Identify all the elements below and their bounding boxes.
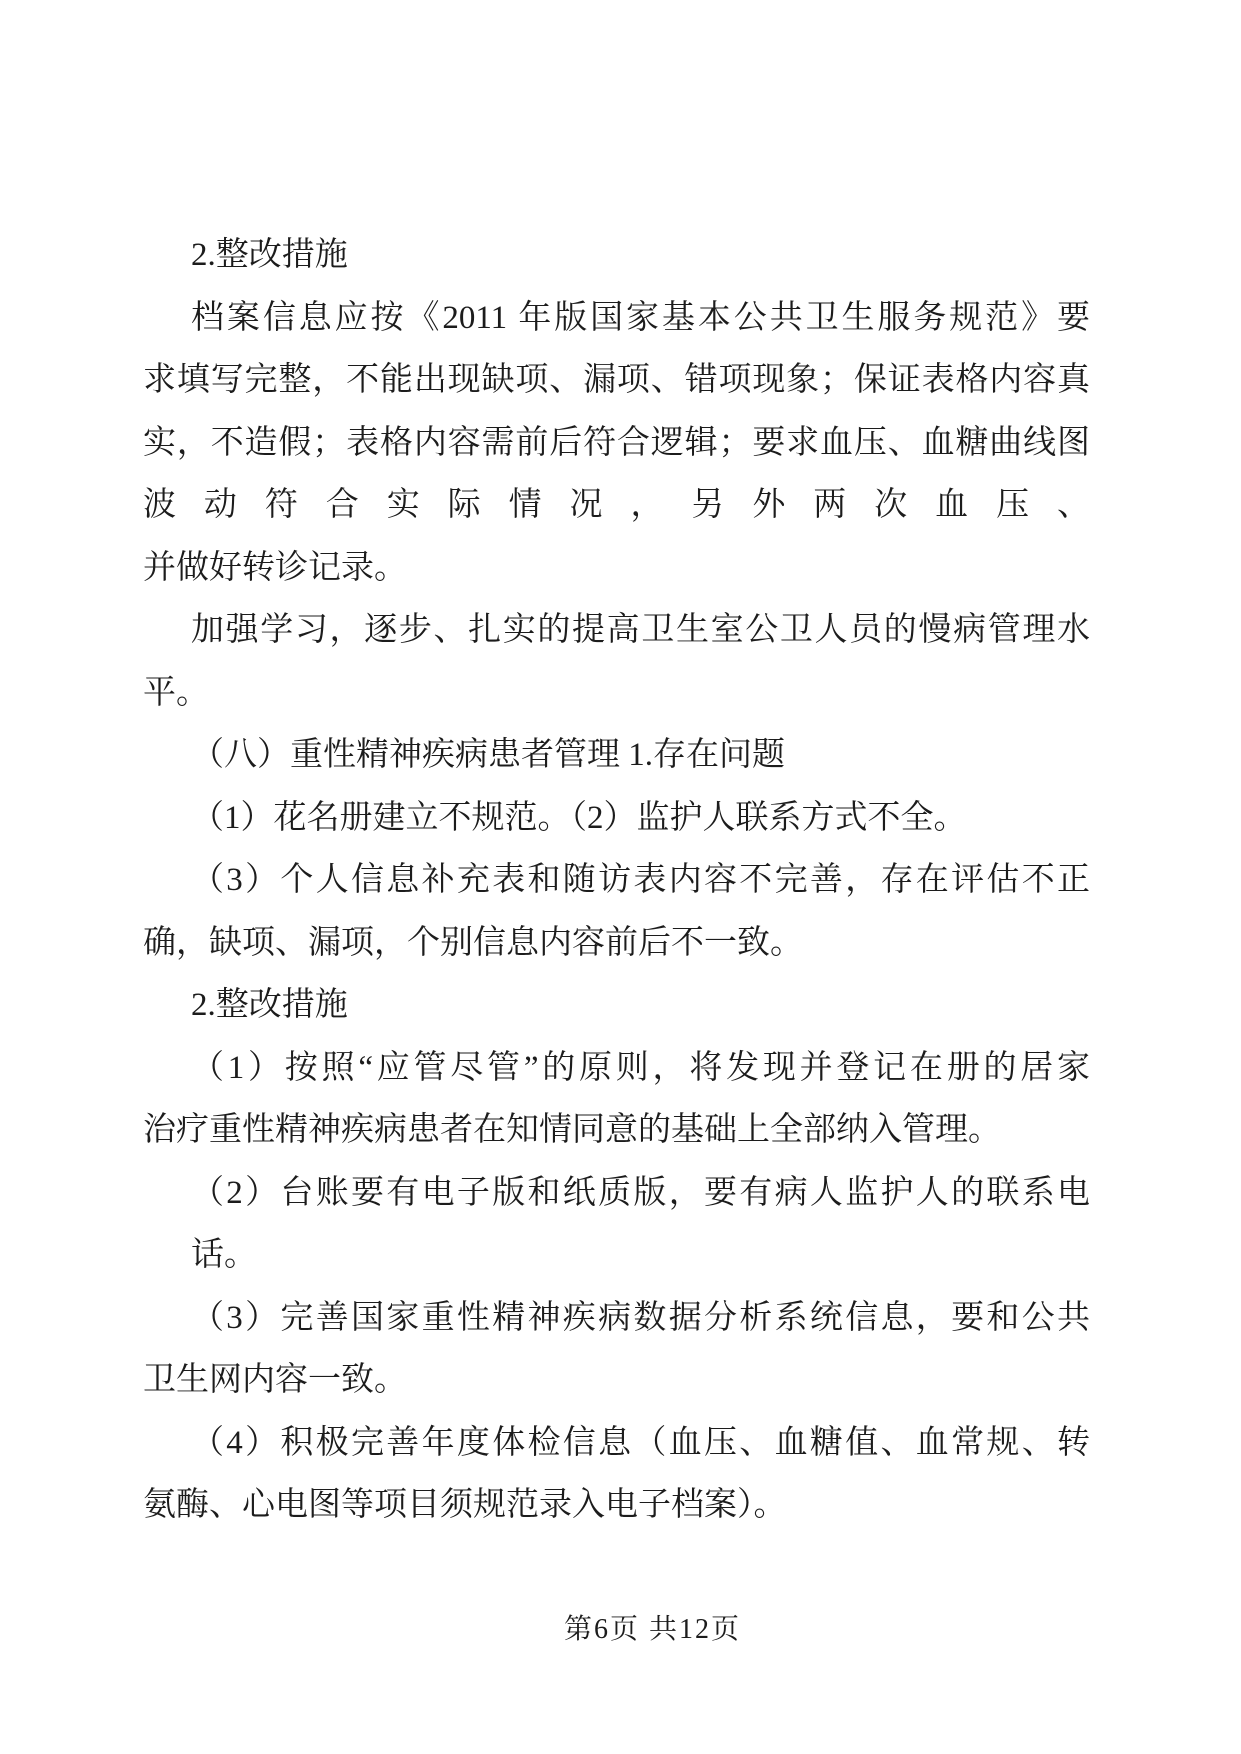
page-number-footer: 第6页 共12页: [0, 1607, 1241, 1647]
text-line: 2.整改措施: [143, 974, 1090, 1037]
document-body: 2.整改措施档案信息应按《2011 年版国家基本公共卫生服务规范》要求填写完整，…: [143, 224, 1090, 1537]
text-line: （八）重性精神疾病患者管理 1.存在问题: [143, 724, 1090, 787]
text-line: 实，不造假；表格内容需前后符合逻辑；要求血压、血糖曲线图: [143, 412, 1090, 475]
text-line: 加强学习，逐步、扎实的提高卫生室公卫人员的慢病管理水: [143, 599, 1090, 662]
text-line: 档案信息应按《2011 年版国家基本公共卫生服务规范》要: [143, 287, 1090, 350]
text-line: 平。: [143, 662, 1090, 725]
text-line: 话。: [143, 1224, 1090, 1287]
text-line: 卫生网内容一致。: [143, 1349, 1090, 1412]
text-line: 确，缺项、漏项，个别信息内容前后不一致。: [143, 912, 1090, 975]
page-number-label: 第6页 共12页: [564, 1614, 741, 1645]
text-line: （3）个人信息补充表和随访表内容不完善，存在评估不正: [143, 849, 1090, 912]
document-page: 2.整改措施档案信息应按《2011 年版国家基本公共卫生服务规范》要求填写完整，…: [0, 0, 1241, 1754]
text-line: 求填写完整，不能出现缺项、漏项、错项现象；保证表格内容真: [143, 349, 1090, 412]
text-line: （2）台账要有电子版和纸质版，要有病人监护人的联系电: [143, 1162, 1090, 1225]
text-line: 治疗重性精神疾病患者在知情同意的基础上全部纳入管理。: [143, 1099, 1090, 1162]
text-line: （3）完善国家重性精神疾病数据分析系统信息，要和公共: [143, 1287, 1090, 1350]
text-line: 氨酶、心电图等项目须规范录入电子档案）。: [143, 1474, 1090, 1537]
text-line: （1）按照“应管尽管”的原则，将发现并登记在册的居家: [143, 1037, 1090, 1100]
text-line: （4）积极完善年度体检信息（血压、血糖值、血常规、转: [143, 1412, 1090, 1475]
text-line: （1）花名册建立不规范。（2）监护人联系方式不全。: [143, 787, 1090, 850]
text-line: 并做好转诊记录。: [143, 537, 1090, 600]
text-line: 波动符合实际情况，另外两次血压、血糖控制不满意需及时转诊，: [143, 474, 1090, 537]
text-line: 2.整改措施: [143, 224, 1090, 287]
